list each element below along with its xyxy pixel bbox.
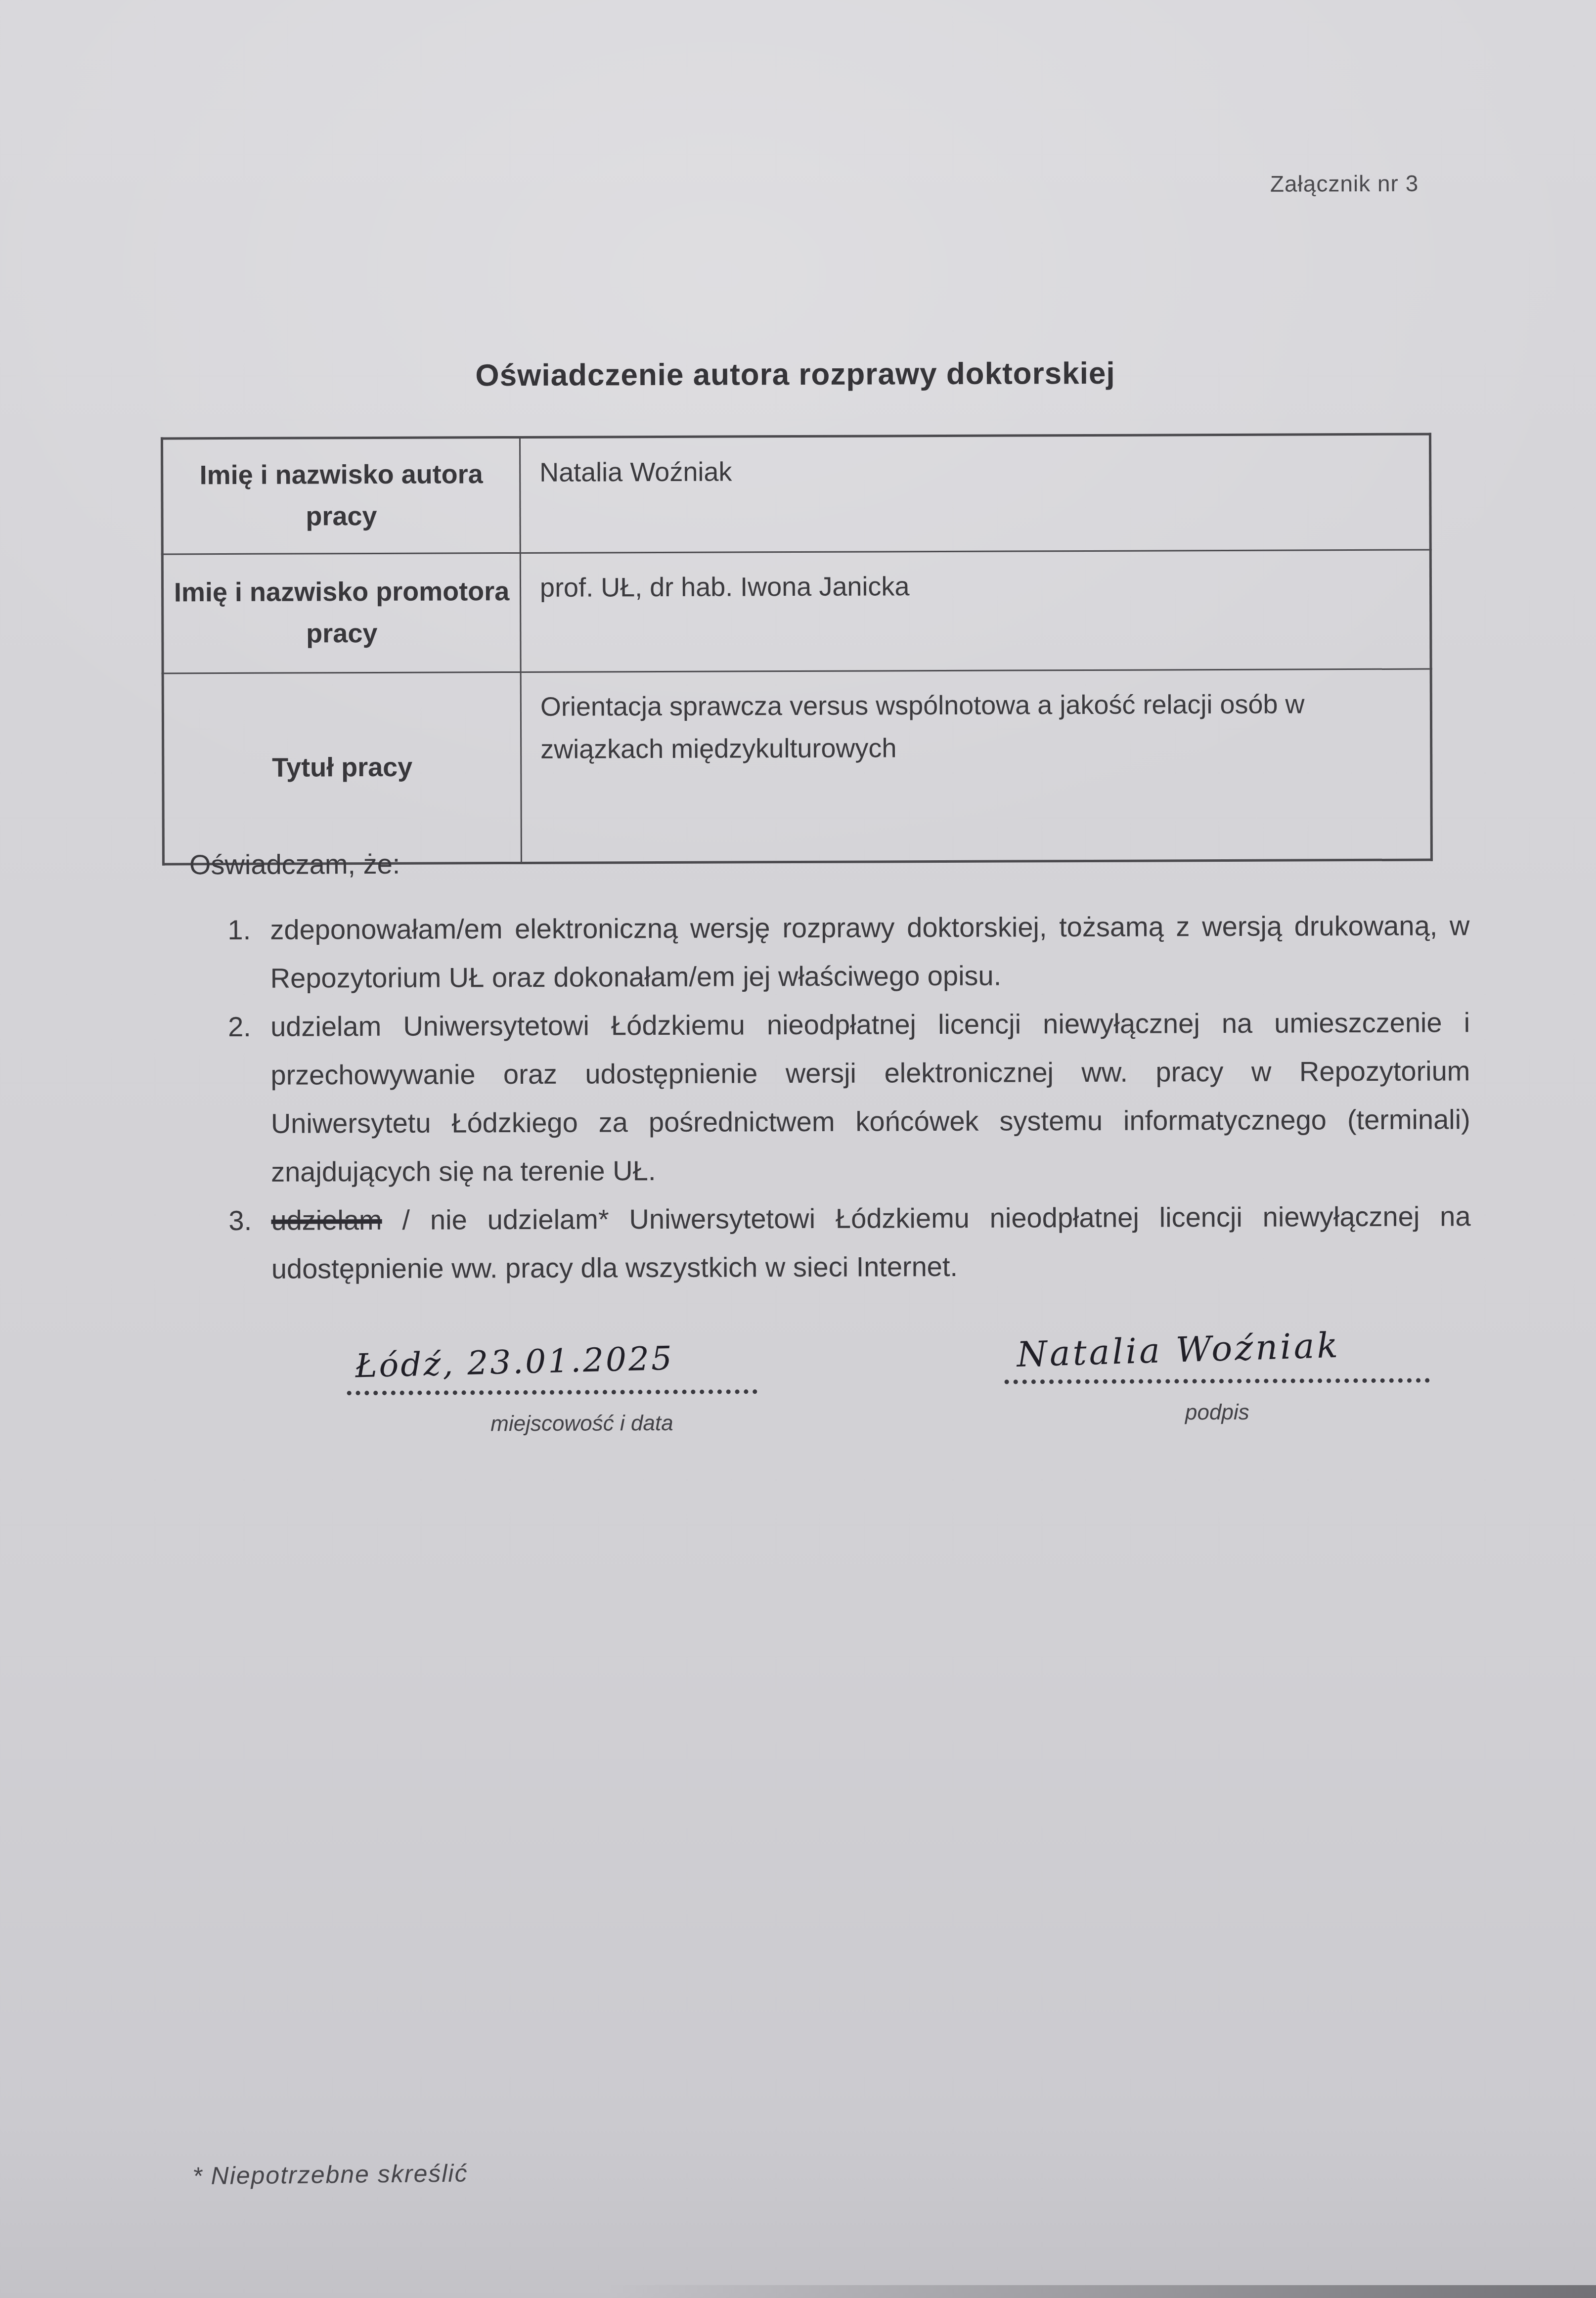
place-date-caption: miejscowość i data [347, 1411, 757, 1437]
list-item-text: zdeponowałam/em elektroniczną wersję roz… [270, 901, 1470, 1002]
handwritten-signature: Natalia Woźniak [1003, 1288, 1430, 1375]
list-item-1: 1. zdeponowałam/em elektroniczną wersję … [227, 901, 1470, 1003]
list-item-number: 2. [228, 1003, 270, 1051]
declaration-intro: Oświadczam, że: [189, 848, 400, 881]
metadata-table: Imię i nazwisko autora pracy Natalia Woź… [161, 433, 1433, 866]
list-item-text-after-strike: / nie udzielam* Uniwersytetowi Łódzkiemu… [271, 1200, 1471, 1284]
signature-section: Łódź, 23.01.2025 miejscowość i data Nata… [0, 1302, 1596, 1466]
declaration-list: 1. zdeponowałam/em elektroniczną wersję … [227, 901, 1471, 1293]
handwritten-place-date: Łódź, 23.01.2025 [346, 1301, 758, 1385]
struck-word-udzielam: udzielam [271, 1204, 382, 1236]
document-page: Załącznik nr 3 Oświadczenie autora rozpr… [0, 0, 1596, 2298]
table-row-author: Imię i nazwisko autora pracy Natalia Woź… [162, 434, 1430, 554]
document-title: Oświadczenie autora rozprawy doktorskiej [0, 354, 1594, 395]
list-item-2: 2. udzielam Uniwersytetowi Łódzkiemu nie… [228, 998, 1470, 1196]
attachment-label: Załącznik nr 3 [1270, 170, 1419, 197]
table-row-thesis-title: Tytuł pracy Orientacja sprawcza versus w… [163, 669, 1431, 864]
list-item-3: 3. udzielam / nie udzielam* Uniwersyteto… [228, 1192, 1471, 1293]
signature-caption: podpis [1005, 1400, 1430, 1426]
page-content: Załącznik nr 3 Oświadczenie autora rozpr… [0, 0, 1596, 2298]
list-item-number: 1. [227, 906, 270, 954]
list-item-text: udzielam Uniwersytetowi Łódzkiemu nieodp… [270, 998, 1470, 1196]
thesis-title-label: Tytuł pracy [163, 672, 521, 864]
list-item-number: 3. [228, 1196, 271, 1245]
signature-block: Natalia Woźniak podpis [1004, 1294, 1430, 1426]
promoter-name-label: Imię i nazwisko promotora pracy [162, 553, 521, 673]
author-name-label: Imię i nazwisko autora pracy [162, 437, 520, 554]
place-date-block: Łódź, 23.01.2025 miejscowość i data [347, 1305, 757, 1437]
author-name-value: Natalia Woźniak [520, 434, 1430, 553]
table-row-promoter: Imię i nazwisko promotora pracy prof. UŁ… [162, 550, 1431, 673]
list-item-text: udzielam / nie udzielam* Uniwersytetowi … [271, 1192, 1471, 1293]
dotted-line [347, 1382, 757, 1395]
footnote: * Niepotrzebne skreślić [192, 2159, 468, 2190]
promoter-name-value: prof. UŁ, dr hab. Iwona Janicka [520, 550, 1431, 672]
thesis-title-value: Orientacja sprawcza versus wspólnotowa a… [521, 669, 1431, 863]
